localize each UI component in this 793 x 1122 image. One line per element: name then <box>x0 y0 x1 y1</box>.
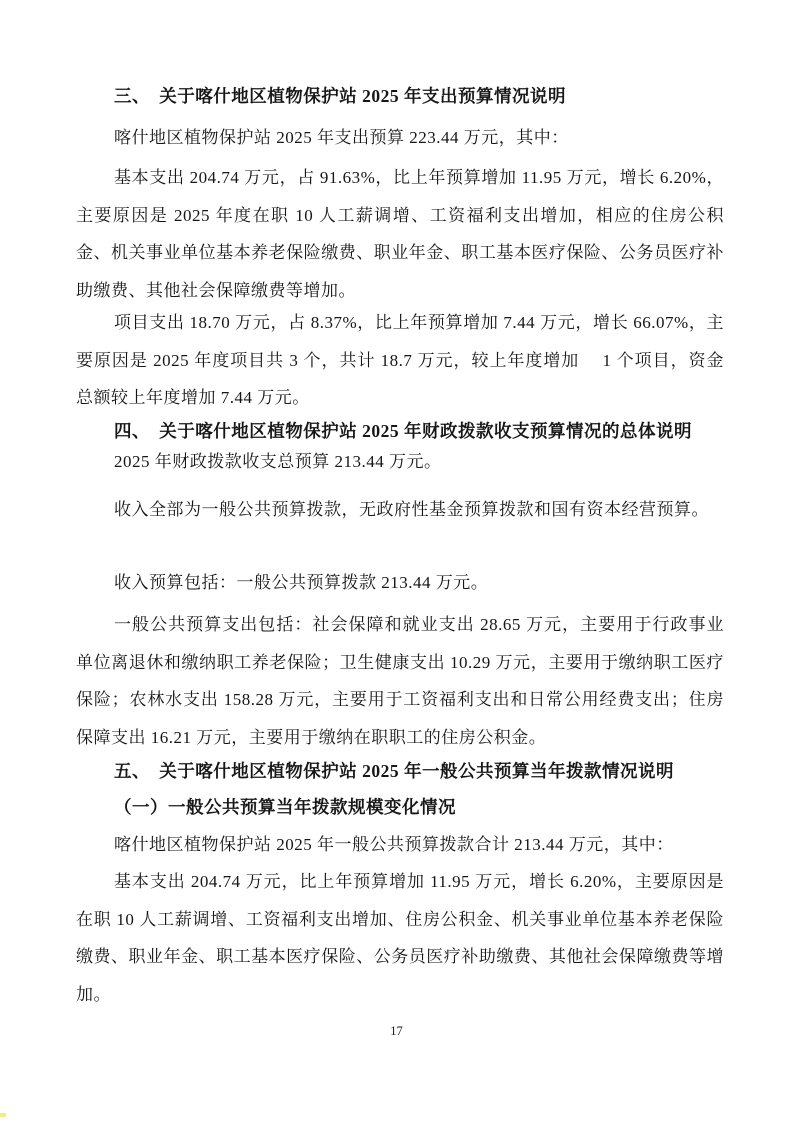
section-5-subheading: （一）一般公共预算当年拨款规模变化情况 <box>76 789 724 827</box>
section-4-paragraph-1: 2025 年财政拨款收支总预算 213.44 万元。 <box>76 443 724 481</box>
section-5-heading: 五、 关于喀什地区植物保护站 2025 年一般公共预算当年拨款情况说明 <box>76 753 724 791</box>
section-4-paragraph-3: 收入预算包括：一般公共预算拨款 213.44 万元。 <box>76 564 724 602</box>
section-4-paragraph-2: 收入全部为一般公共预算拨款，无政府性基金预算拨款和国有资本经营预算。 <box>76 491 724 529</box>
page-number: 17 <box>0 1022 793 1040</box>
section-3-paragraph-3: 项目支出 18.70 万元，占 8.37%，比上年预算增加 7.44 万元，增长… <box>76 304 724 417</box>
document-page: 三、 关于喀什地区植物保护站 2025 年支出预算情况说明 喀什地区植物保护站 … <box>0 0 793 1122</box>
section-5-paragraph-1: 喀什地区植物保护站 2025 年一般公共预算拨款合计 213.44 万元，其中： <box>76 826 724 864</box>
section-5-paragraph-2: 基本支出 204.74 万元，比上年预算增加 11.95 万元，增长 6.20%… <box>76 863 724 1013</box>
section-3-paragraph-1: 喀什地区植物保护站 2025 年支出预算 223.44 万元，其中： <box>76 119 724 157</box>
section-3-heading: 三、 关于喀什地区植物保护站 2025 年支出预算情况说明 <box>76 78 724 116</box>
section-4-paragraph-4: 一般公共预算支出包括：社会保障和就业支出 28.65 万元，主要用于行政事业单位… <box>76 606 724 756</box>
yellow-scan-mark <box>0 1113 6 1117</box>
section-3-paragraph-2: 基本支出 204.74 万元，占 91.63%，比上年预算增加 11.95 万元… <box>76 159 724 309</box>
